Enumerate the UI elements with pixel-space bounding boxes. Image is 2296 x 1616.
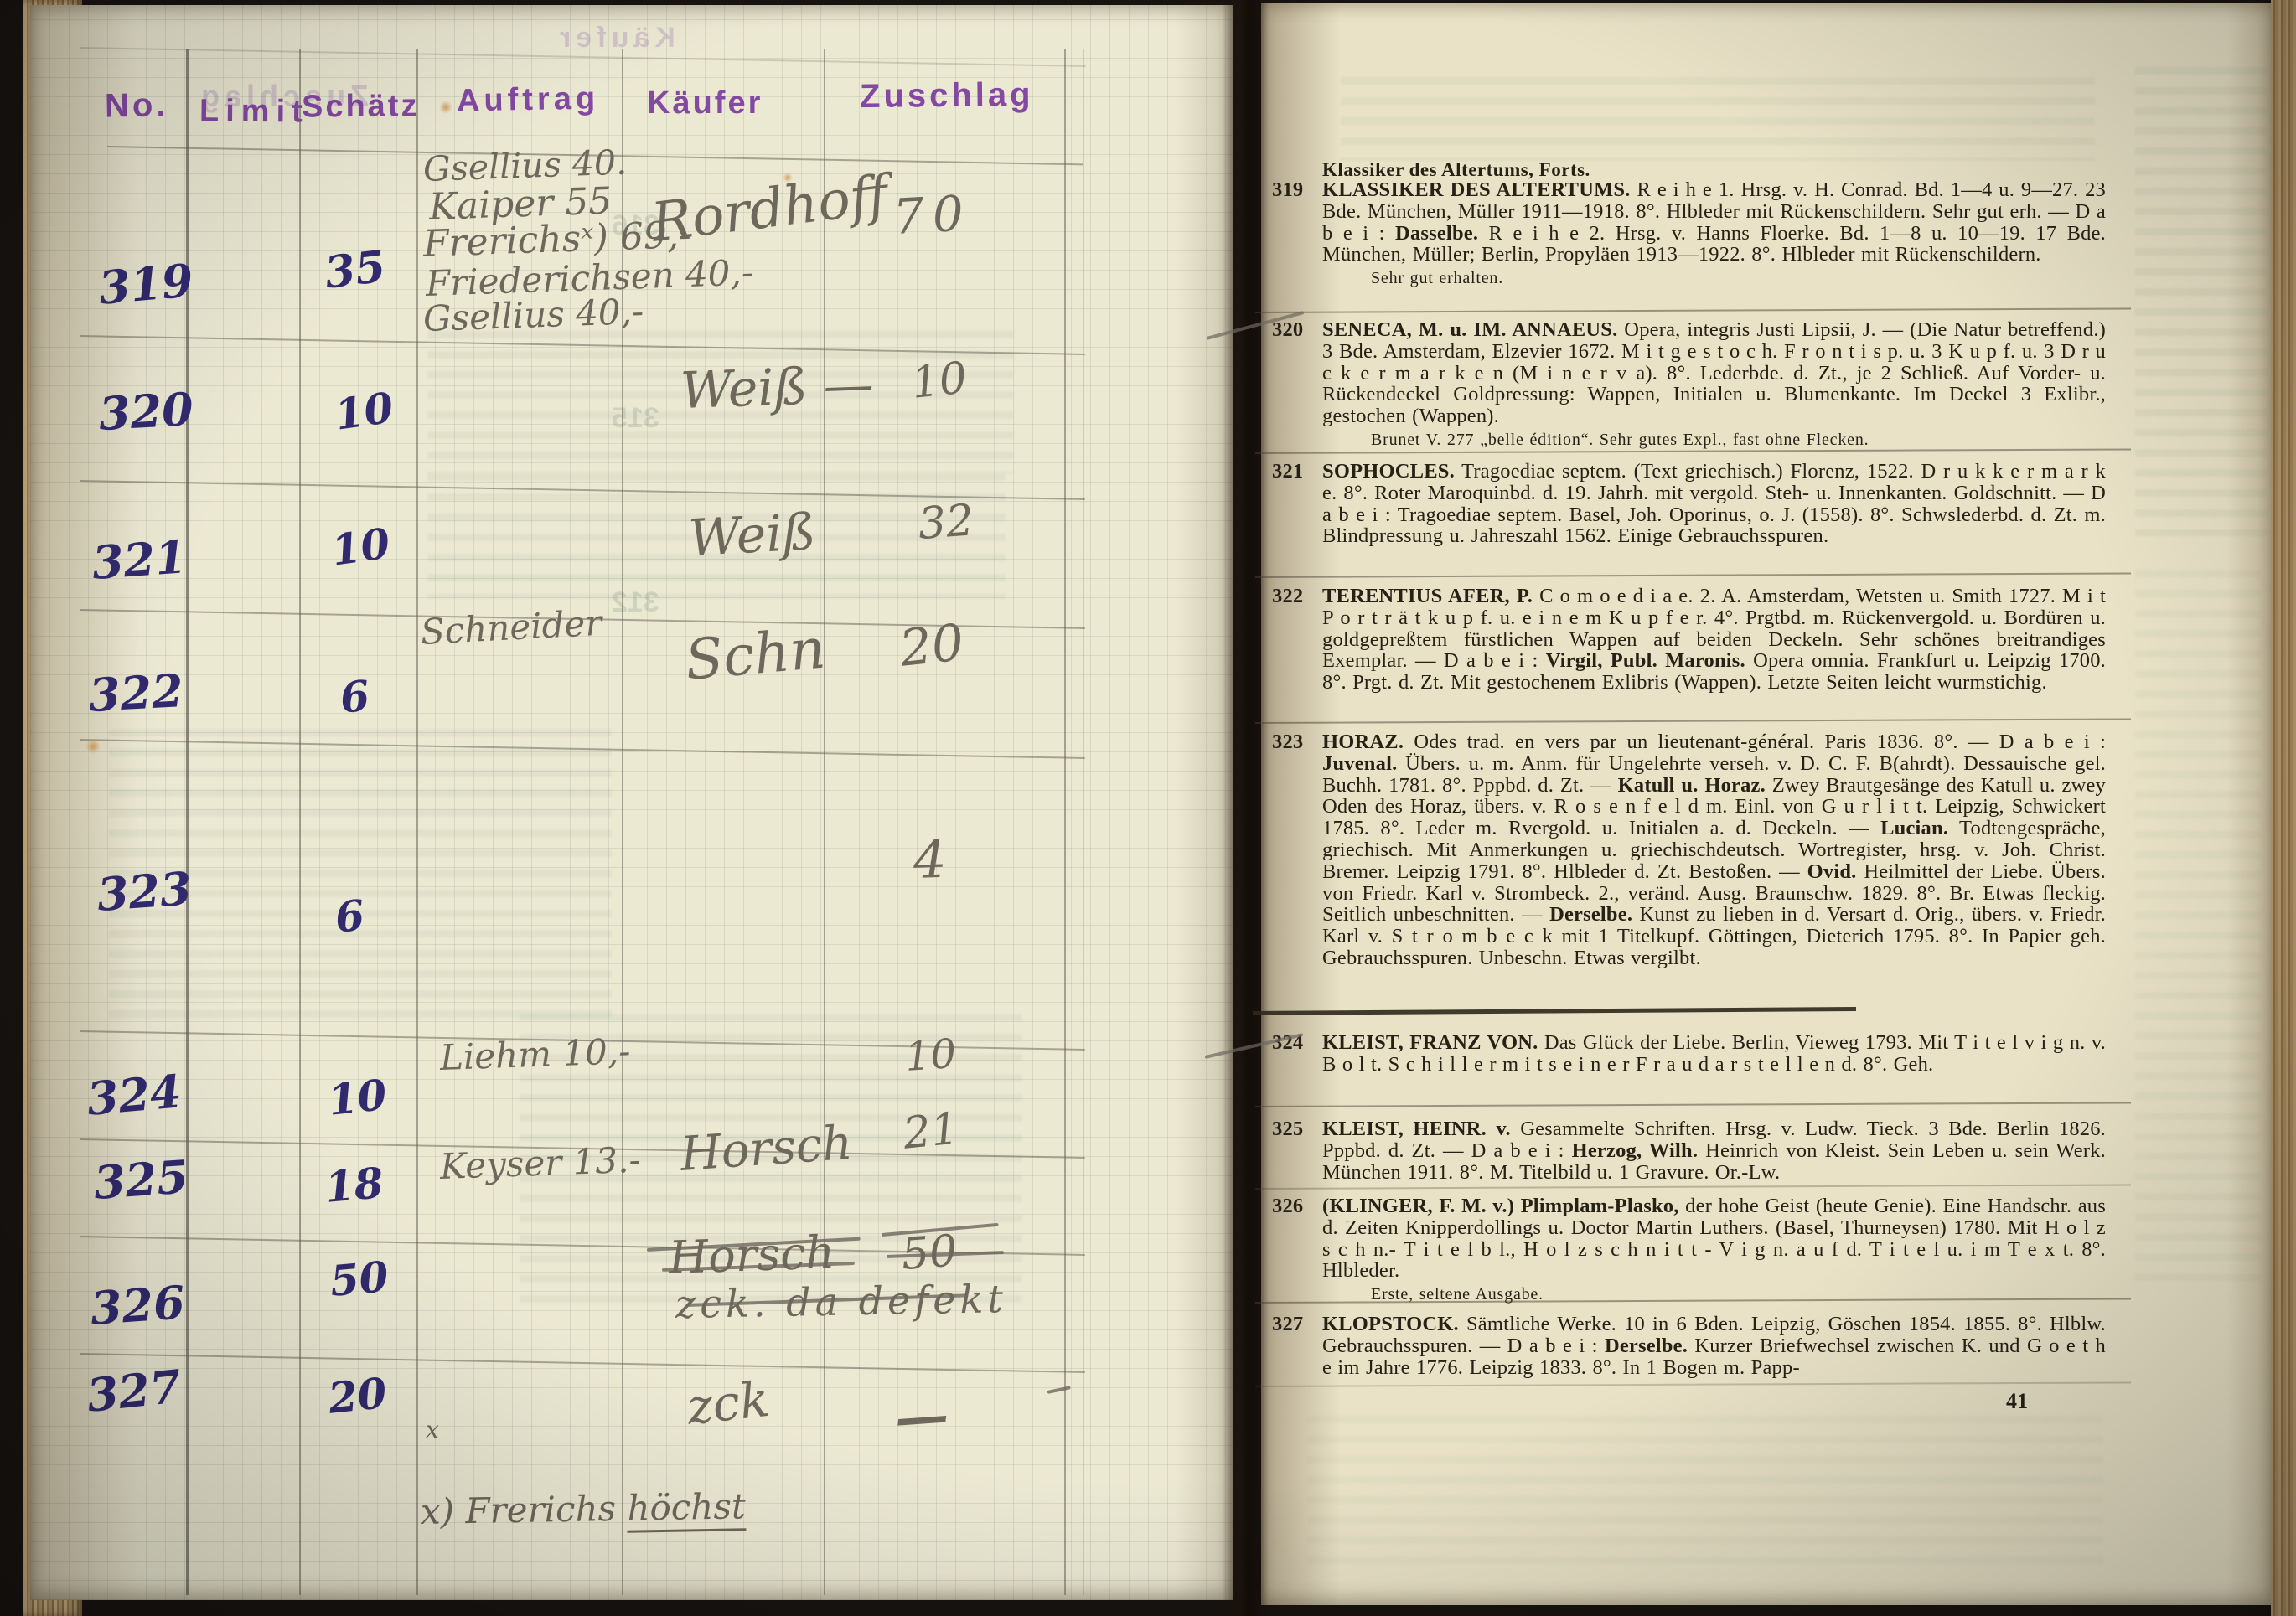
entry-number: 319: [1272, 179, 1303, 201]
schaetz-326: 50: [328, 1252, 390, 1306]
lot-no-323: 323: [96, 861, 194, 922]
lot-no-324: 324: [85, 1064, 184, 1126]
schaetz-324: 10: [326, 1070, 389, 1125]
lot-no-326: 326: [89, 1275, 187, 1335]
condition-note: Brunet V. 277 „belle édition“. Sehr gute…: [1371, 431, 2106, 449]
footnote-mark: x: [426, 1416, 439, 1443]
paper-stain: [783, 173, 793, 183]
kaeufer-322: Schn: [683, 617, 828, 693]
catalog-entry-327: 327 KLOPSTOCK. Sämtliche Werke. 10 in 6 …: [1322, 1314, 2106, 1378]
zuschlag-321: 32: [917, 495, 975, 549]
kaeufer-320: Weiß —: [680, 355, 875, 421]
column-header-auftrag: Auftrag: [457, 81, 600, 120]
condition-note: Sehr gut erhalten.: [1371, 269, 2106, 287]
lot-no-321: 321: [90, 529, 189, 590]
entry-number: 325: [1272, 1118, 1303, 1140]
catalog-entry-322: 322 TERENTIUS AFER, P. C o m o e d i a e…: [1322, 586, 2106, 694]
catalog-entry-325: 325 KLEIST, HEINR. v. Gesammelte Schrift…: [1322, 1118, 2106, 1183]
bleedthrough-word: Käufer: [555, 22, 675, 54]
paper-stain: [85, 739, 101, 754]
catalog-entry-319: 319 KLASSIKER DES ALTERTUMS. R e i h e 1…: [1322, 179, 2106, 287]
entry-number: 323: [1272, 731, 1303, 753]
bleedthrough-number: 312: [612, 586, 659, 619]
catalog-entry-323: 323 HORAZ. Odes trad. en vers par un lie…: [1322, 731, 2106, 969]
auftrag-325: Keyser 13.-: [439, 1139, 641, 1187]
table-column-line: [416, 49, 418, 1595]
column-header-zuschlag: Zuschlag: [860, 76, 1034, 116]
bleedthrough-text: [2135, 570, 2261, 1282]
kaeufer-326-struck: Horsch: [668, 1226, 835, 1284]
zuschlag-325: 21: [901, 1103, 961, 1159]
entry-number: 321: [1272, 461, 1303, 483]
column-header-no: No.: [105, 86, 169, 125]
page-number: 41: [2006, 1389, 2028, 1414]
table-column-line: [1083, 49, 1084, 1595]
table-column-line: [824, 49, 825, 1595]
zuschlag-327-dash: —: [892, 1384, 950, 1450]
zuschlag-324: 10: [903, 1030, 958, 1081]
entry-number: 326: [1272, 1195, 1303, 1217]
schaetz-319: 35: [322, 240, 388, 298]
footnote-underlined: höchst: [627, 1485, 746, 1532]
auftrag-319-5: Gsellius 40,-: [422, 291, 644, 339]
open-book-photo: Zuschlag Käufer 316 315 312 No. Limit Sc…: [0, 0, 2296, 1616]
bleedthrough-text: [1307, 1416, 2103, 1567]
bleedthrough-text: [1341, 77, 2095, 161]
lot-no-322: 322: [87, 663, 184, 722]
zuschlag-319: 70: [892, 184, 973, 245]
lot-no-327: 327: [85, 1359, 184, 1422]
column-header-kaeufer: Käufer: [647, 85, 763, 121]
table-column-line: [299, 49, 301, 1595]
zuschlag-320: 10: [909, 353, 970, 409]
schaetz-325: 18: [323, 1158, 385, 1212]
paper-stain: [439, 101, 452, 114]
catalog-entry-321: 321 SOPHOCLES. Tragoediae septem. (Text …: [1322, 461, 2106, 547]
entry-number: 320: [1272, 319, 1303, 341]
column-header-schaetz: Schätz: [302, 88, 420, 125]
table-column-line: [1064, 49, 1066, 1595]
zuschlag-323: 4: [913, 829, 948, 891]
schaetz-323: 6: [333, 891, 367, 942]
lot-no-320: 320: [97, 382, 194, 441]
schaetz-320: 10: [332, 383, 396, 440]
footnote-text: x) Frerichs: [421, 1488, 628, 1532]
schaetz-327: 20: [326, 1368, 389, 1423]
lot-no-325: 325: [92, 1149, 190, 1210]
auftrag-324: Liehm 10,-: [439, 1030, 631, 1078]
column-header-limit: Limit: [199, 93, 309, 130]
entry-number: 327: [1272, 1314, 1303, 1335]
lot-no-319: 319: [96, 253, 195, 315]
schaetz-321: 10: [328, 519, 393, 576]
bleedthrough-text: [2135, 67, 2268, 536]
book-gutter-shadow: [1222, 0, 1269, 1616]
right-page-edges: [2271, 0, 2296, 1616]
kaeufer-327: zck: [684, 1371, 772, 1436]
entry-number: 322: [1272, 586, 1303, 607]
catalog-entry-324: 324 KLEIST, FRANZ VON. Das Glück der Lie…: [1322, 1032, 2106, 1076]
bleedthrough-number: 315: [612, 402, 659, 435]
footnote: x) Frerichs höchst: [421, 1485, 747, 1532]
kaeufer-321: Weiß: [687, 503, 817, 568]
catalog-entry-320: 320 SENECA, M. u. IM. ANNAEUS. Opera, in…: [1322, 319, 2106, 449]
zuschlag-322: 20: [897, 613, 966, 679]
schaetz-322: 6: [338, 671, 372, 723]
catalog-entry-326: 326 (KLINGER, F. M. v.) Plimplam-Plasko,…: [1322, 1195, 2106, 1304]
